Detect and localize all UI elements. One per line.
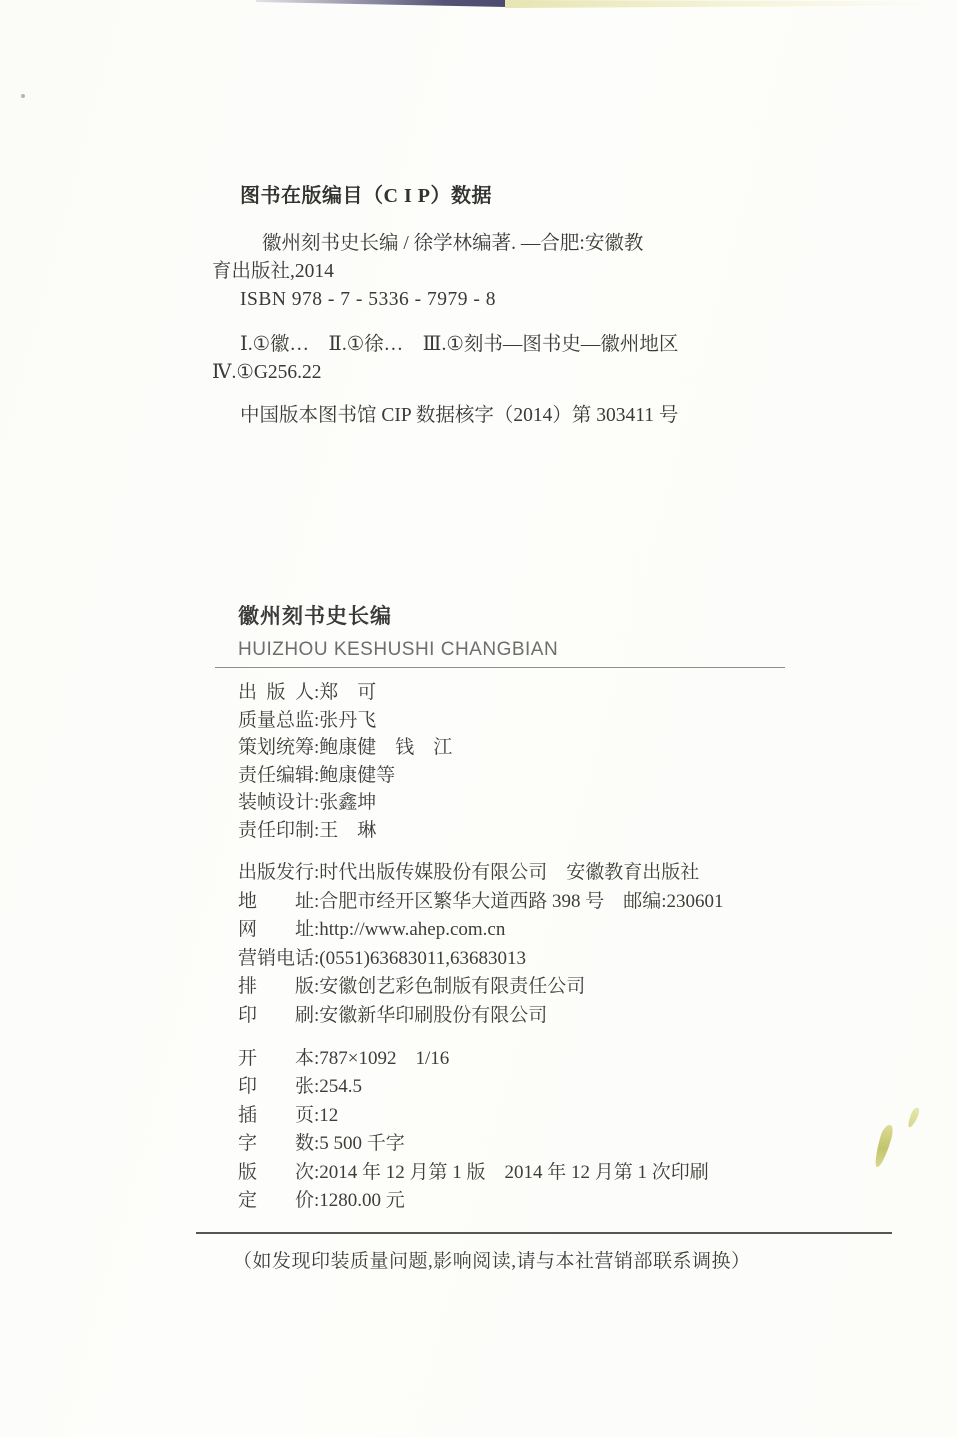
print-spec-value: 2014 年 12 月第 1 版 2014 年 12 月第 1 次印刷 xyxy=(319,1162,709,1183)
print-spec-row: 定价:1280.00 元 xyxy=(238,1187,709,1215)
print-spec-label: 印张 xyxy=(238,1073,314,1101)
staff-value: 鲍康健 钱 江 xyxy=(319,737,452,758)
book-title-block: 徽州刻书史长编 HUIZHOU KESHUSHI CHANGBIAN xyxy=(238,600,838,661)
publishing-value: 时代出版传媒股份有限公司 安徽教育出版社 xyxy=(319,862,699,883)
cip-classification-line-2: Ⅳ.①G256.22 xyxy=(212,359,832,387)
print-spec-value: 12 xyxy=(319,1105,338,1126)
publishing-value: 安徽新华印刷股份有限公司 xyxy=(319,1005,547,1026)
publishing-row: 排版:安徽创艺彩色制版有限责任公司 xyxy=(238,973,724,1002)
scan-speck xyxy=(21,94,25,98)
staff-value: 鲍康健等 xyxy=(319,765,395,786)
publishing-label: 出版发行 xyxy=(238,859,314,888)
quality-notice: （如发现印装质量问题,影响阅读,请与本社营销部联系调换） xyxy=(233,1246,893,1273)
footer-divider-rule xyxy=(196,1232,892,1234)
print-spec-label: 定价 xyxy=(238,1187,314,1215)
staff-row: 质量总监:张丹飞 xyxy=(238,707,452,735)
staff-value: 王 琳 xyxy=(319,820,376,841)
publishing-label: 印刷 xyxy=(238,1002,314,1031)
print-spec-row: 字数:5 500 千字 xyxy=(238,1130,709,1158)
staff-label: 出版人 xyxy=(238,679,314,707)
staff-label: 质量总监 xyxy=(238,707,314,735)
staff-row: 责任编辑:鲍康健等 xyxy=(238,762,452,790)
cip-data-block: 图书在版编目（C I P）数据 徽州刻书史长编 / 徐学林编著. —合肥:安徽教… xyxy=(212,182,832,430)
print-spec-label: 插页 xyxy=(238,1102,314,1130)
staff-value: 郑 可 xyxy=(319,682,376,703)
staff-label: 策划统筹 xyxy=(238,734,314,762)
staff-value: 张丹飞 xyxy=(319,710,376,731)
scanned-colophon-page: 图书在版编目（C I P）数据 徽州刻书史长编 / 徐学林编著. —合肥:安徽教… xyxy=(0,0,957,1437)
staff-row: 责任印制:王 琳 xyxy=(238,817,452,845)
highlighter-smudge-large xyxy=(872,1123,895,1168)
isbn-line: ISBN 978 - 7 - 5336 - 7979 - 8 xyxy=(212,286,832,314)
staff-row: 装帧设计:张鑫坤 xyxy=(238,789,452,817)
publishing-row: 印刷:安徽新华印刷股份有限公司 xyxy=(238,1002,724,1031)
print-spec-label: 开本 xyxy=(238,1045,314,1073)
cip-record-number: 中国版本图书馆 CIP 数据核字（2014）第 303411 号 xyxy=(212,402,832,430)
staff-value: 张鑫坤 xyxy=(319,792,376,813)
print-spec-label: 字数 xyxy=(238,1130,314,1158)
highlighter-smudge-small xyxy=(906,1106,920,1128)
book-title-chinese: 徽州刻书史长编 xyxy=(238,600,838,630)
publishing-row: 网址:http://www.ahep.com.cn xyxy=(238,916,724,945)
title-divider-rule xyxy=(215,667,785,668)
publishing-row: 地址:合肥市经开区繁华大道西路 398 号 邮编:230601 xyxy=(238,888,724,917)
publishing-label: 排版 xyxy=(238,973,314,1002)
scan-edge-strip-dark xyxy=(256,0,506,7)
scan-edge-strip-yellow xyxy=(505,0,935,8)
publishing-value: 安徽创艺彩色制版有限责任公司 xyxy=(319,976,585,997)
publishing-value: 合肥市经开区繁华大道西路 398 号 邮编:230601 xyxy=(319,891,723,912)
print-spec-row: 印张:254.5 xyxy=(238,1073,709,1101)
cip-bibliography-line-2: 育出版社,2014 xyxy=(212,258,832,286)
cip-heading: 图书在版编目（C I P）数据 xyxy=(212,182,832,210)
cip-bibliography-line-1: 徽州刻书史长编 / 徐学林编著. —合肥:安徽教 xyxy=(212,230,832,258)
print-spec-label: 版次 xyxy=(238,1159,314,1187)
publishing-value: (0551)63683011,63683013 xyxy=(319,948,526,969)
print-spec-row: 开本:787×1092 1/16 xyxy=(238,1045,709,1073)
print-specs-list: 开本:787×1092 1/16 印张:254.5 插页:12 字数:5 500… xyxy=(238,1045,709,1215)
print-spec-value: 1280.00 元 xyxy=(319,1190,405,1211)
staff-label: 责任编辑 xyxy=(238,762,314,790)
staff-row: 出版人:郑 可 xyxy=(238,679,452,707)
publishing-label: 地址 xyxy=(238,888,314,917)
print-spec-value: 5 500 千字 xyxy=(319,1133,405,1154)
publishing-row: 出版发行:时代出版传媒股份有限公司 安徽教育出版社 xyxy=(238,859,724,888)
publishing-value: http://www.ahep.com.cn xyxy=(319,919,505,940)
book-title-pinyin: HUIZHOU KESHUSHI CHANGBIAN xyxy=(238,639,838,661)
print-spec-value: 254.5 xyxy=(319,1076,362,1097)
cip-classification-line-1: Ⅰ.①徽… Ⅱ.①徐… Ⅲ.①刻书—图书史—徽州地区 xyxy=(212,331,832,359)
publishing-label: 网址 xyxy=(238,916,314,945)
print-spec-value: 787×1092 1/16 xyxy=(319,1048,449,1069)
publishing-row: 营销电话:(0551)63683011,63683013 xyxy=(238,945,724,974)
staff-label: 责任印制 xyxy=(238,817,314,845)
staff-row: 策划统筹:鲍康健 钱 江 xyxy=(238,734,452,762)
print-spec-row: 版次:2014 年 12 月第 1 版 2014 年 12 月第 1 次印刷 xyxy=(238,1159,709,1187)
publishing-label: 营销电话 xyxy=(238,945,314,974)
print-spec-row: 插页:12 xyxy=(238,1102,709,1130)
publishing-info-list: 出版发行:时代出版传媒股份有限公司 安徽教育出版社 地址:合肥市经开区繁华大道西… xyxy=(238,859,724,1031)
staff-credits-list: 出版人:郑 可 质量总监:张丹飞 策划统筹:鲍康健 钱 江 责任编辑:鲍康健等 … xyxy=(238,679,452,845)
staff-label: 装帧设计 xyxy=(238,789,314,817)
